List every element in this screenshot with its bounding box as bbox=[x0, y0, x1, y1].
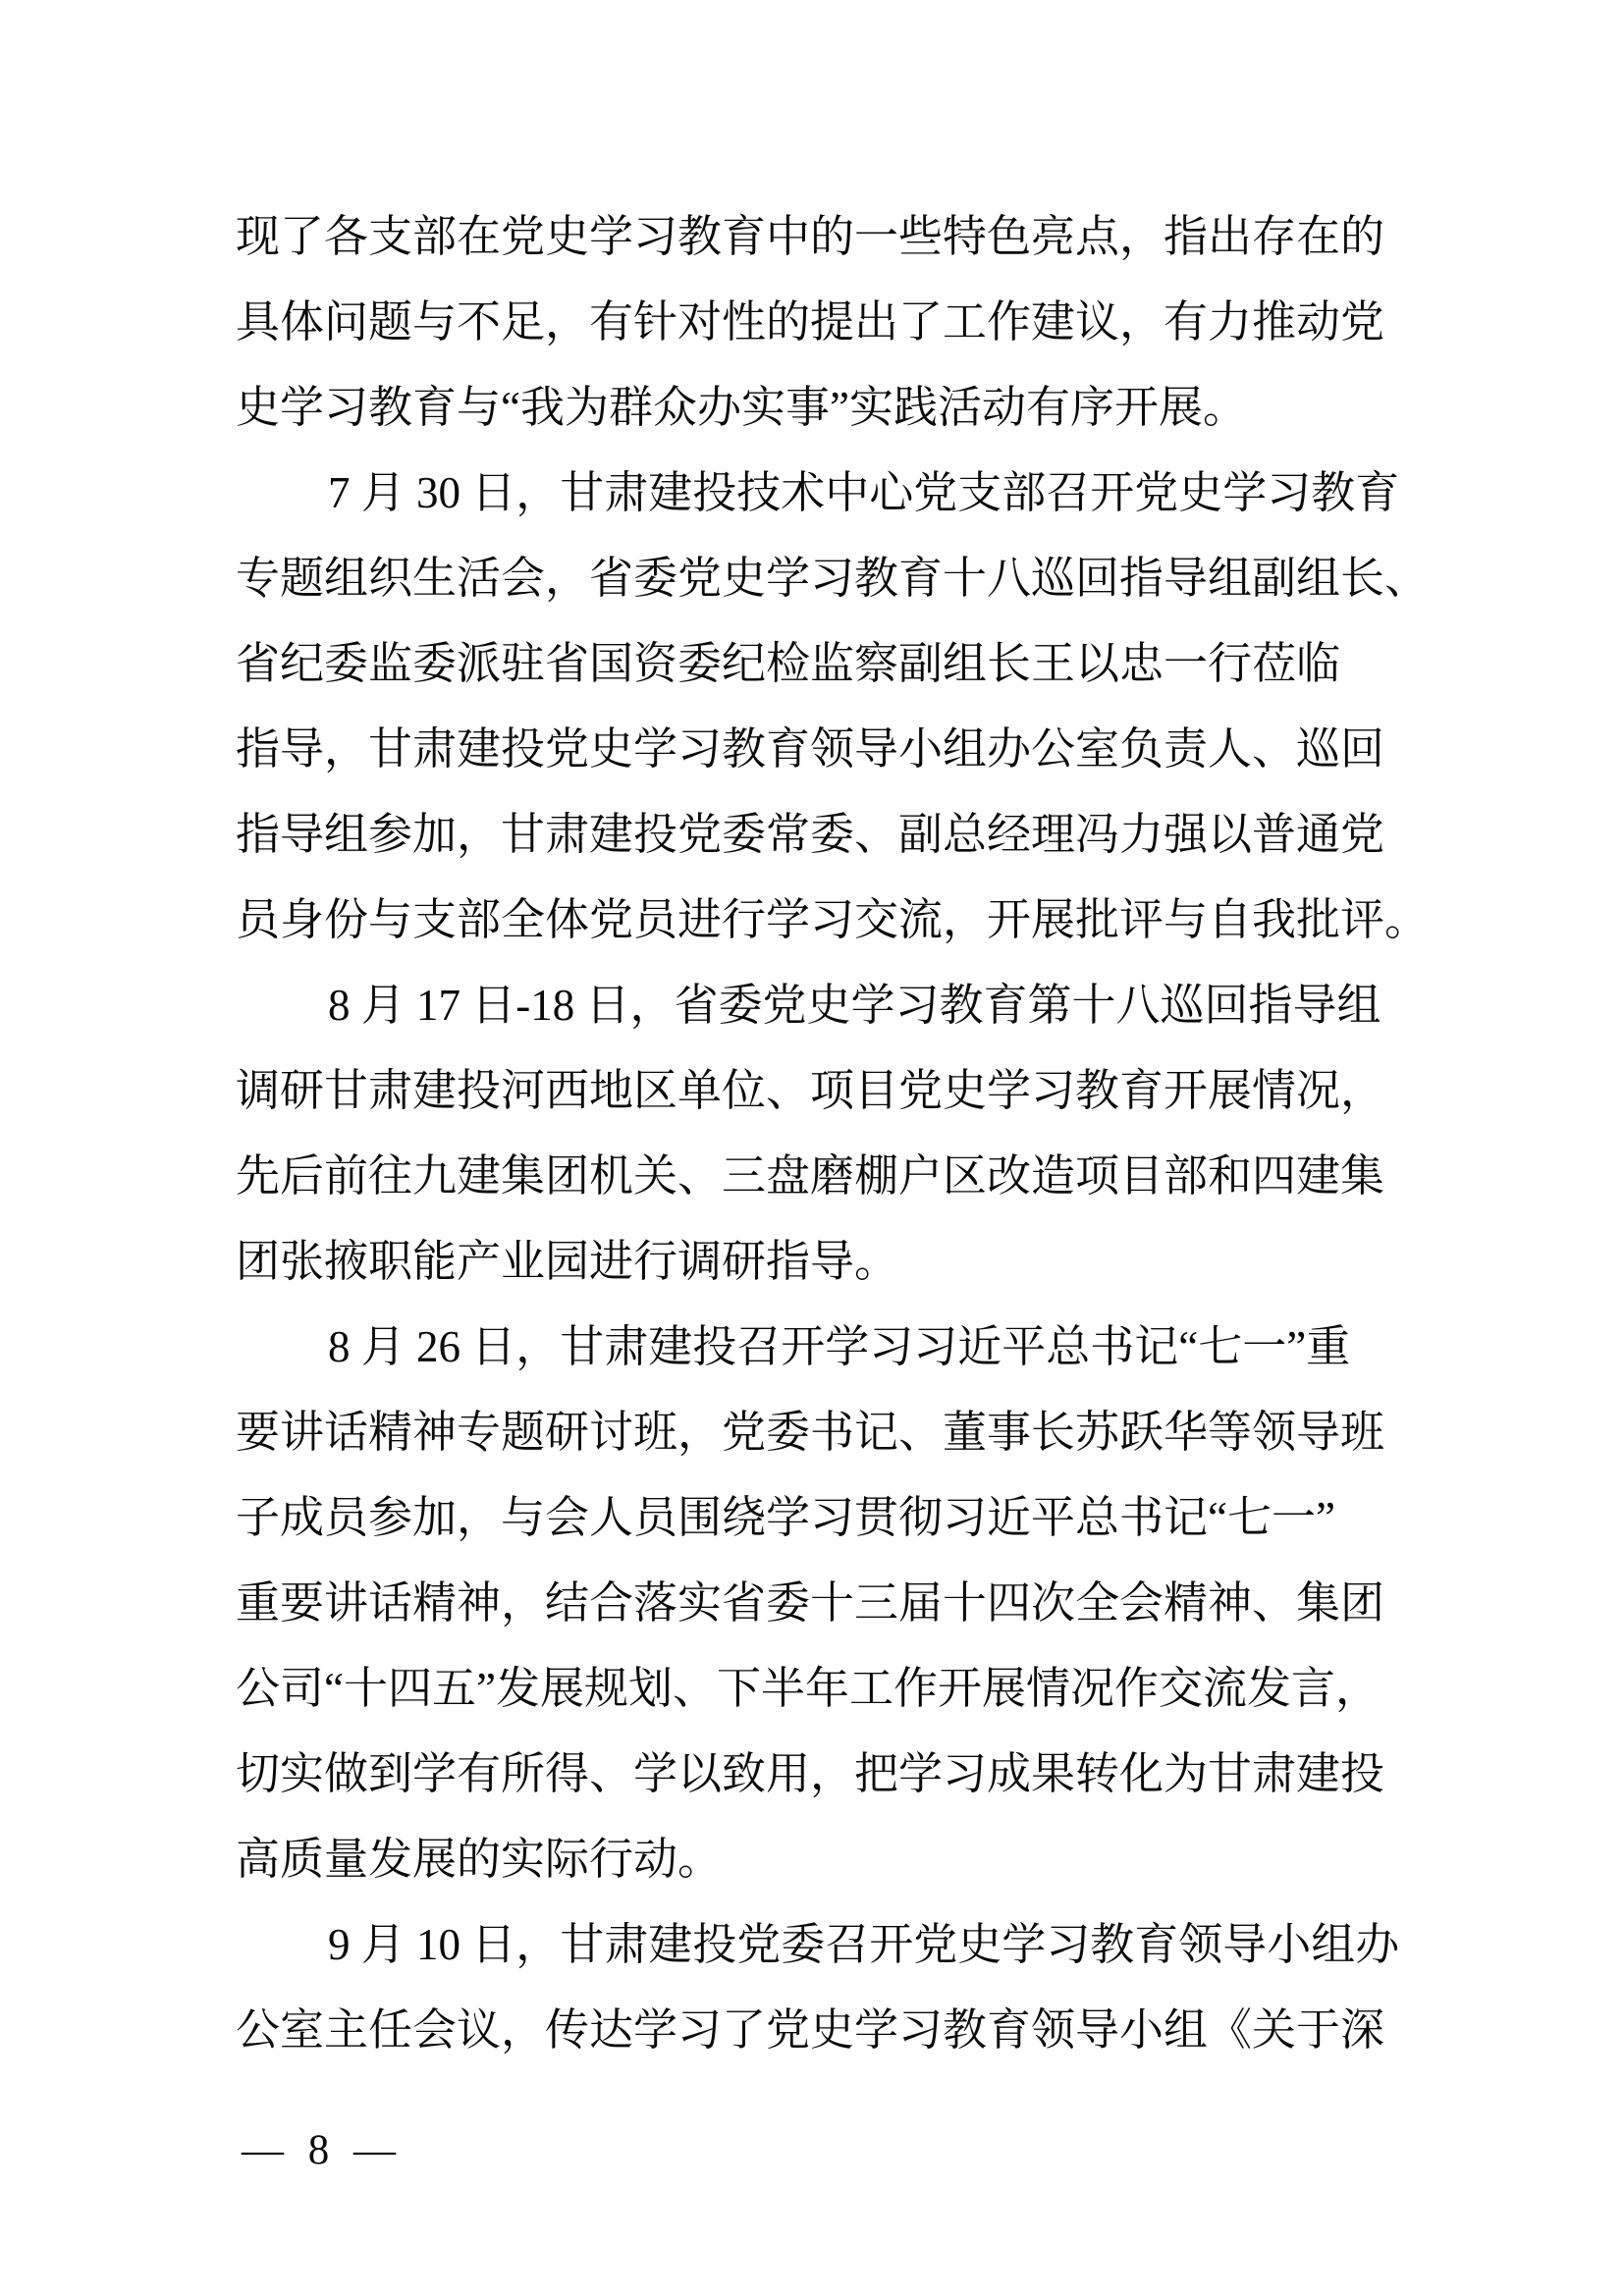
text-line: 高质量发展的实际行动。 bbox=[236, 1817, 1463, 1902]
text-line: 员身份与支部全体党员进行学习交流，开展批评与自我批评。 bbox=[236, 878, 1463, 963]
text-line: 现了各支部在党史学习教育中的一些特色亮点，指出存在的 bbox=[236, 194, 1463, 280]
document-body: 现了各支部在党史学习教育中的一些特色亮点，指出存在的 具体问题与不足，有针对性的… bbox=[236, 194, 1463, 2073]
text-line: 重要讲话精神，结合落实省委十三届十四次全会精神、集团 bbox=[236, 1561, 1463, 1646]
text-line: 史学习教育与“我为群众办实事”实践活动有序开展。 bbox=[236, 365, 1463, 451]
text-line: 指导，甘肃建投党史学习教育领导小组办公室负责人、巡回 bbox=[236, 707, 1463, 792]
text-line-paragraph-start: 9 月 10 日，甘肃建投党委召开党史学习教育领导小组办 bbox=[236, 1902, 1463, 1988]
text-line: 省纪委监委派驻省国资委纪检监察副组长王以忠一行莅临 bbox=[236, 621, 1463, 707]
text-line: 指导组参加，甘肃建投党委常委、副总经理冯力强以普通党 bbox=[236, 792, 1463, 878]
text-line: 公室主任会议，传达学习了党史学习教育领导小组《关于深 bbox=[236, 1988, 1463, 2073]
text-line: 调研甘肃建投河西地区单位、项目党史学习教育开展情况， bbox=[236, 1048, 1463, 1134]
text-line-paragraph-start: 7 月 30 日，甘肃建投技术中心党支部召开党史学习教育 bbox=[236, 451, 1463, 536]
text-line: 要讲话精神专题研讨班，党委书记、董事长苏跃华等领导班 bbox=[236, 1390, 1463, 1475]
text-line: 公司“十四五”发展规划、下半年工作开展情况作交流发言， bbox=[236, 1646, 1463, 1732]
document-page: 现了各支部在党史学习教育中的一些特色亮点，指出存在的 具体问题与不足，有针对性的… bbox=[0, 0, 1624, 2296]
text-line: 具体问题与不足，有针对性的提出了工作建议，有力推动党 bbox=[236, 280, 1463, 365]
text-line-paragraph-start: 8 月 26 日，甘肃建投召开学习习近平总书记“七一”重 bbox=[236, 1305, 1463, 1390]
text-line: 先后前往九建集团机关、三盘磨棚户区改造项目部和四建集 bbox=[236, 1134, 1463, 1219]
text-line: 专题组织生活会，省委党史学习教育十八巡回指导组副组长、 bbox=[236, 536, 1463, 621]
text-line: 团张掖职能产业园进行调研指导。 bbox=[236, 1219, 1463, 1305]
text-line: 切实做到学有所得、学以致用，把学习成果转化为甘肃建投 bbox=[236, 1732, 1463, 1817]
text-line: 子成员参加，与会人员围绕学习贯彻习近平总书记“七一” bbox=[236, 1475, 1463, 1561]
page-number: — 8 — bbox=[242, 2126, 403, 2175]
text-line-paragraph-start: 8 月 17 日-18 日，省委党史学习教育第十八巡回指导组 bbox=[236, 963, 1463, 1048]
